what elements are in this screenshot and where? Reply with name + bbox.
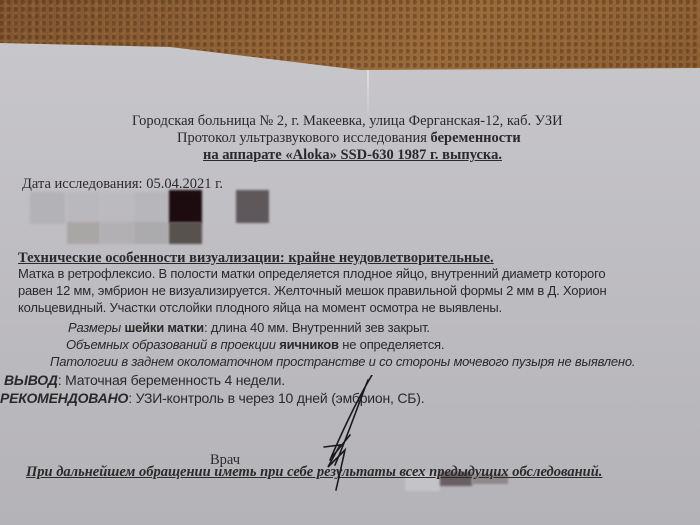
protocol-title: Протокол ультразвукового исследования бе… [177,130,521,146]
cervix-suffix: : длина 40 мм. Внутренний зев закрыт. [204,320,430,335]
findings-line-1: Матка в ретрофлексио. В полости матки оп… [18,266,605,282]
findings-line-2: равен 12 мм, эмбрион не визуализируется.… [18,283,606,299]
doctor-signature [310,375,390,495]
cervix-bold: шейки матки [124,320,204,335]
ovaries-line: Объемных образований в проекции яичников… [66,337,444,353]
ovaries-prefix: Объемных образований в проекции [66,337,279,352]
exam-date-label: Дата исследования: [22,176,146,192]
findings-line-3: кольцевидный. Участки отслойки плодного … [18,300,502,316]
ovaries-suffix: не определяется. [339,337,444,352]
cervix-prefix: Размеры [68,320,124,335]
conclusion-label: ВЫВОД [4,372,58,388]
ovaries-bold: яичников [279,337,339,352]
protocol-title-text: Протокол ультразвукового исследования [177,130,431,146]
cervix-line: Размеры шейки матки: длина 40 мм. Внутре… [68,320,430,336]
hospital-header: Городская больница № 2, г. Макеевка, ули… [132,113,563,129]
technical-quality: Технические особенности визуализации: кр… [18,250,494,266]
pathology-line: Патологии в заднем околоматочном простра… [50,354,635,370]
device-info: на аппарате «Aloka» SSD-630 1987 г. выпу… [203,147,502,163]
conclusion-line: ВЫВОД: Маточная беременность 4 недели. [4,372,285,388]
recommendation-label: РЕКОМЕНДОВАНО [0,390,128,406]
protocol-title-bold: беременности [431,130,521,146]
conclusion-text: : Маточная беременность 4 недели. [58,372,285,388]
